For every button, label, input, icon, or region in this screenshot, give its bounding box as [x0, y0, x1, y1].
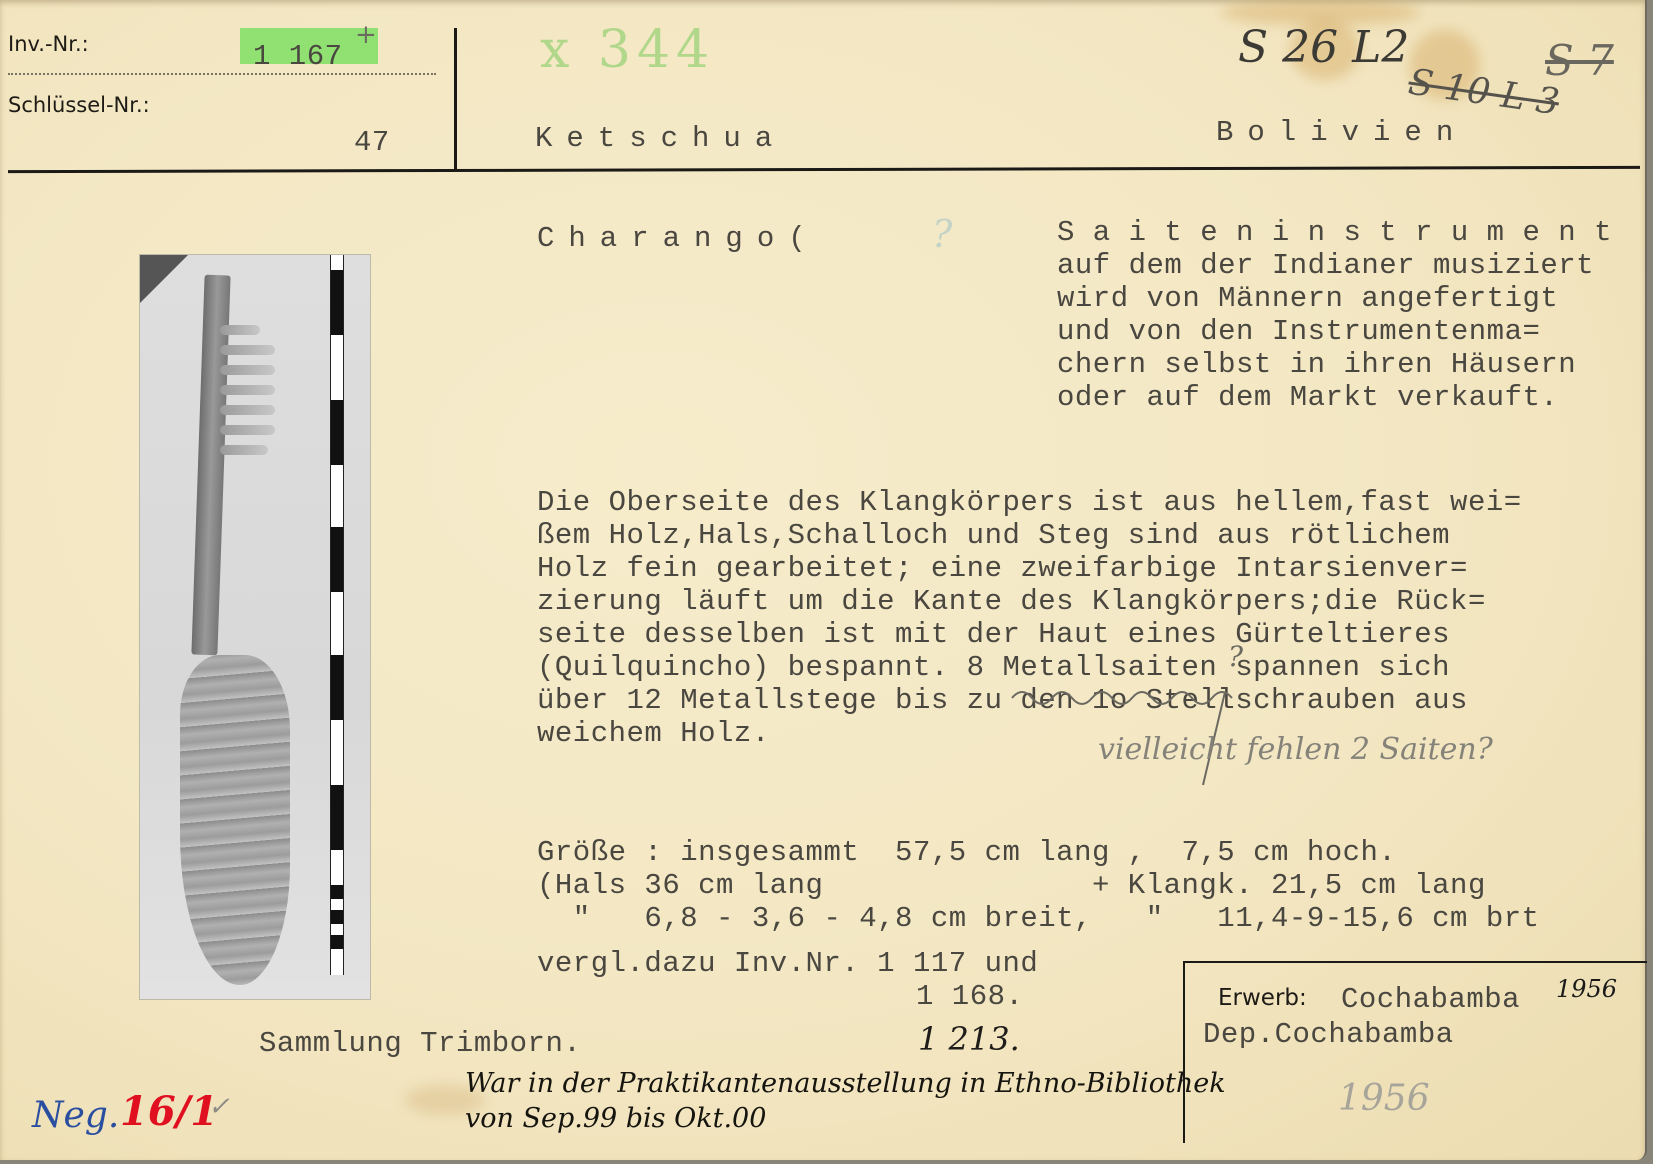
long-description-line: zierung läuft um die Kante des Klangkörp…: [537, 585, 1522, 618]
acquisition-label: Erwerb:: [1218, 985, 1307, 1011]
object-name: Charango(: [537, 222, 820, 255]
object-photo: [139, 254, 371, 1000]
pencil-annotation: S 26 L2: [1238, 22, 1409, 73]
size-block: Größe : insgesammt 57,5 cm lang , 7,5 cm…: [537, 836, 1540, 935]
inv-nr-label: Inv.-Nr.:: [8, 32, 89, 56]
people-field: Ketschua: [535, 122, 786, 155]
check-mark-icon: ✓: [208, 1092, 230, 1122]
negative-label: Neg.: [32, 1095, 119, 1136]
acquisition-place: Cochabamba: [1341, 983, 1520, 1016]
exhibition-note-line: War in der Praktikantenausstellung in Et…: [465, 1068, 1226, 1099]
long-description-line: Die Oberseite des Klangkörpers ist aus h…: [537, 486, 1522, 519]
acquisition-year-pencil: 1956: [1338, 1078, 1430, 1119]
pencil-query-mark: ?: [1228, 640, 1243, 673]
negative-value: 16/1: [120, 1088, 218, 1135]
compare-handwritten: 1 213.: [918, 1020, 1020, 1058]
catalog-card: Inv.-Nr.: 1 167 + Schlüssel-Nr.: 47 x 34…: [0, 0, 1647, 1160]
header-vertical-divider: [454, 28, 457, 171]
short-description-line: wird von Männern angefertigt: [1057, 282, 1612, 315]
measuring-scale: [330, 255, 344, 975]
long-description-line: Holz fein gearbeitet; eine zweifarbige I…: [537, 552, 1522, 585]
object-name-query-mark: ?: [932, 212, 952, 256]
schluessel-nr-value: 47: [354, 126, 390, 159]
compare-line: vergl.dazu Inv.Nr. 1 117 und: [537, 947, 1038, 980]
acquisition-department: Dep.Cochabamba: [1203, 1018, 1454, 1051]
exhibition-note-line: von Sep.99 bis Okt.00: [465, 1103, 766, 1134]
pencil-note: vielleicht fehlen 2 Saiten?: [1098, 732, 1493, 767]
photo-corner: [140, 255, 188, 303]
short-description-line: auf dem der Indianer musiziert: [1057, 249, 1612, 282]
size-line: Größe : insgesammt 57,5 cm lang , 7,5 cm…: [537, 836, 1540, 869]
short-description-line: und von den Instrumentenma=: [1057, 315, 1612, 348]
header-bottom-rule: [8, 166, 1640, 173]
country-field: Bolivien: [1216, 116, 1467, 149]
collection-name: Sammlung Trimborn.: [259, 1027, 581, 1060]
inv-nr-divider: [8, 73, 436, 75]
charango-body: [180, 655, 290, 985]
compare-line-2: 1 168.: [916, 980, 1023, 1013]
size-line: " 6,8 - 3,6 - 4,8 cm breit, " 11,4-9-15,…: [537, 902, 1540, 935]
schluessel-nr-label: Schlüssel-Nr.:: [8, 93, 150, 117]
size-line: (Hals 36 cm lang + Klangk. 21,5 cm lang: [537, 869, 1540, 902]
long-description: Die Oberseite des Klangkörpers ist aus h…: [537, 486, 1522, 750]
green-annotation: x 344: [540, 20, 715, 80]
inv-nr-mark: +: [355, 20, 377, 50]
acquisition-year-ink: 1956: [1556, 975, 1617, 1003]
long-description-line: ßem Holz,Hals,Schalloch und Steg sind au…: [537, 519, 1522, 552]
short-description: S a i t e n i n s t r u m e n t auf dem …: [1057, 216, 1612, 414]
charango-pegs: [220, 315, 280, 465]
long-description-line: seite desselben ist mit der Haut eines G…: [537, 618, 1522, 651]
pencil-annotation-struck: S 7: [1545, 36, 1614, 85]
short-description-line: oder auf dem Markt verkauft.: [1057, 381, 1612, 414]
inv-nr-value: 1 167: [253, 40, 343, 73]
pencil-annotation-struck: S 10 L 3: [1406, 62, 1562, 124]
short-description-line: S a i t e n i n s t r u m e n t: [1057, 216, 1612, 249]
short-description-line: chern selbst in ihren Häusern: [1057, 348, 1612, 381]
